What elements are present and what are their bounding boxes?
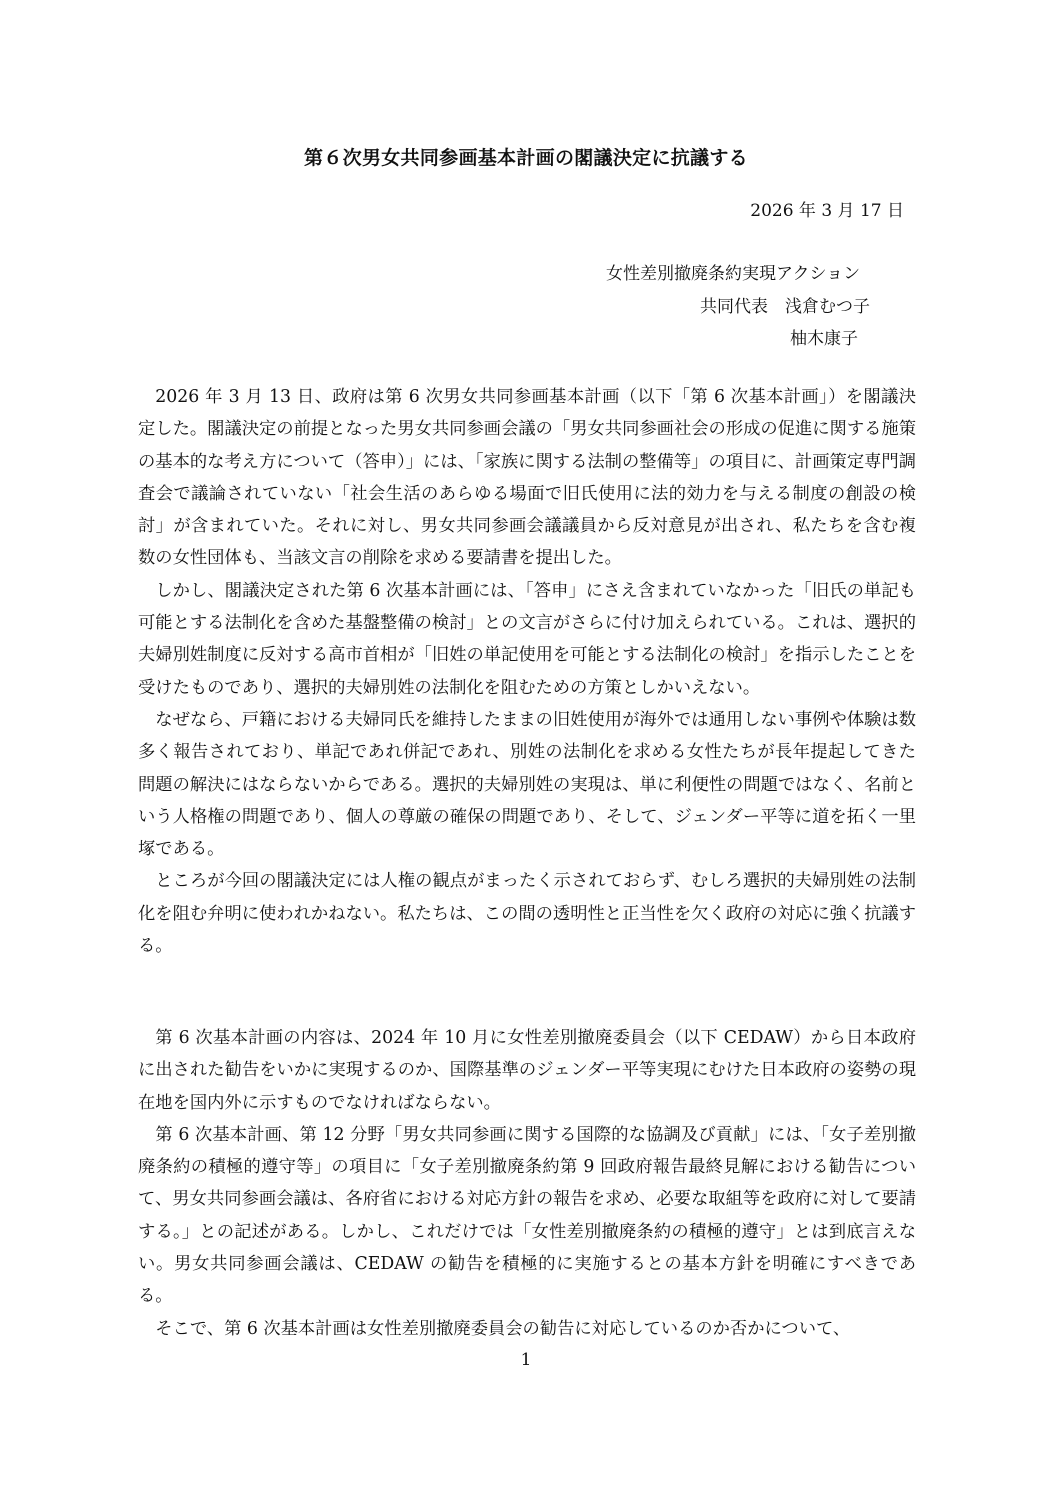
- paragraph: 2026 年 3 月 13 日、政府は第 6 次男女共同参画基本計画（以下「第 …: [138, 381, 916, 575]
- paragraph: 第 6 次基本計画の内容は、2024 年 10 月に女性差別撤廃委員会（以下 C…: [138, 1022, 916, 1119]
- paragraph: なぜなら、戸籍における夫婦同氏を維持したままの旧姓使用が海外では通用しない事例や…: [138, 704, 916, 865]
- document-date: 2026 年 3 月 17 日: [750, 196, 904, 221]
- signatory-representative-2: 柚木康子: [790, 324, 858, 349]
- paragraph: ところが今回の閣議決定には人権の観点がまったく示されておらず、むしろ選択的夫婦別…: [138, 865, 916, 962]
- document-page: 第６次男女共同参画基本計画の閣議決定に抗議する 2026 年 3 月 17 日 …: [0, 0, 1052, 1490]
- paragraph: しかし、閣議決定された第 6 次基本計画には、「答申」にさえ含まれていなかった「…: [138, 575, 916, 704]
- signatory-organization: 女性差別撤廃条約実現アクション: [606, 259, 860, 284]
- paragraph: そこで、第 6 次基本計画は女性差別撤廃委員会の勧告に対応しているのか否かについ…: [138, 1313, 916, 1345]
- page-number: 1: [0, 1350, 1052, 1370]
- body-section-1: 2026 年 3 月 13 日、政府は第 6 次男女共同参画基本計画（以下「第 …: [138, 381, 916, 962]
- document-title: 第６次男女共同参画基本計画の閣議決定に抗議する: [0, 143, 1052, 170]
- signatory-representative-1: 共同代表 浅倉むつ子: [700, 292, 870, 317]
- paragraph: 第 6 次基本計画、第 12 分野「男女共同参画に関する国際的な協調及び貢献」に…: [138, 1119, 916, 1313]
- body-section-2: 第 6 次基本計画の内容は、2024 年 10 月に女性差別撤廃委員会（以下 C…: [138, 1022, 916, 1345]
